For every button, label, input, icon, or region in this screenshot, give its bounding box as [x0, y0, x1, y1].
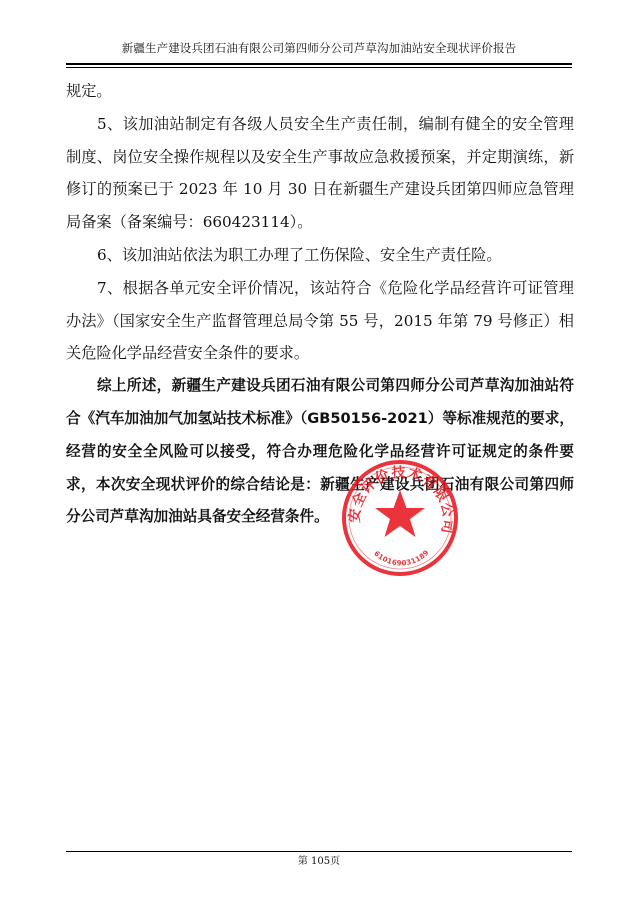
paragraph-continuation: 规定。	[66, 75, 574, 108]
paragraph-item-7: 7、根据各单元安全评价情况，该站符合《危险化学品经营许可证管理办法》（国家安全生…	[66, 272, 574, 370]
page-number: 第 105页	[66, 855, 572, 869]
paragraph-item-6: 6、该加油站依法为职工办理了工伤保险、安全生产责任险。	[66, 239, 574, 272]
running-header-title: 新疆生产建设兵团石油有限公司第四师分公司芦草沟加油站安全现状评价报告	[66, 40, 572, 56]
paragraph-conclusion: 综上所述，新疆生产建设兵团石油有限公司第四师分公司芦草沟加油站符合《汽车加油加气…	[66, 370, 574, 534]
header-rule-thick	[66, 63, 572, 65]
paragraph-item-5: 5、该加油站制定有各级人员安全生产责任制，编制有健全的安全管理制度、岗位安全操作…	[66, 108, 574, 239]
body-text: 规定。 5、该加油站制定有各级人员安全生产责任制，编制有健全的安全管理制度、岗位…	[66, 75, 574, 534]
footer-rule	[66, 851, 572, 852]
document-page: 新疆生产建设兵团石油有限公司第四师分公司芦草沟加油站安全现状评价报告 规定。 5…	[0, 0, 639, 910]
header-rule-thin	[66, 67, 572, 68]
